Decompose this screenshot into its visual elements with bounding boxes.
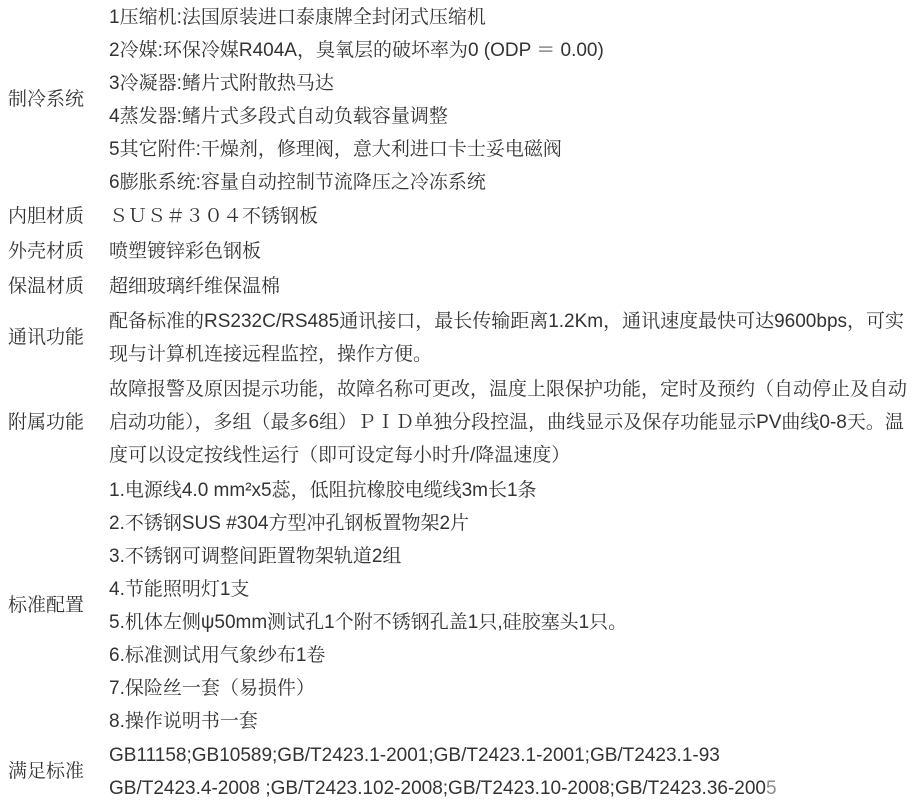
spec-row-auxiliary-function: 附属功能 故障报警及原因提示功能，故障名称可更改，温度上限保护功能，定时及预约（… [0,372,918,473]
spec-line: 超细玻璃纤维保温棉 [109,270,910,303]
product-spec-table: 制冷系统 1压缩机:法国原装进口泰康牌全封闭式压缩机 2冷媒:环保冷媒R404A… [0,0,918,805]
spec-line: 5其它附件:干燥剂，修理阀，意大利进口卡士妥电磁阀 [109,133,910,166]
row-content: 超细玻璃纤维保温棉 [109,270,918,303]
row-label: 制冷系统 [0,88,109,112]
row-content: 1.电源线4.0 mm²x5蕊，低阻抗橡胶电缆线3m长1条 2.不锈钢SUS #… [109,474,918,738]
spec-line: GB/T2423.4-2008 ;GB/T2423.102-2008;GB/T2… [109,772,910,805]
spec-paragraph: 配备标准的RS232C/RS485通讯接口，最长传输距离1.2Km，通讯速度最快… [109,305,910,371]
row-label: 外壳材质 [0,240,109,264]
row-content: ＳＵＳ＃３０４不锈钢板 [109,200,918,233]
spec-line: 喷塑镀锌彩色钢板 [109,235,910,268]
spec-line: 8.操作说明书一套 [109,705,910,738]
spec-line: ＳＵＳ＃３０４不锈钢板 [109,200,910,233]
spec-line-text: GB/T2423.4-2008 ;GB/T2423.102-2008;GB/T2… [109,778,766,799]
spec-row-refrigeration-system: 制冷系统 1压缩机:法国原装进口泰康牌全封闭式压缩机 2冷媒:环保冷媒R404A… [0,0,918,199]
row-label: 保温材质 [0,275,109,299]
row-label: 通讯功能 [0,326,109,350]
spec-row-liner-material: 内胆材质 ＳＵＳ＃３０４不锈钢板 [0,199,918,234]
row-content: 故障报警及原因提示功能，故障名称可更改，温度上限保护功能，定时及预约（自动停止及… [109,373,918,472]
row-content: 喷塑镀锌彩色钢板 [109,235,918,268]
spec-line: 3冷凝器:鳍片式附散热马达 [109,67,910,100]
spec-line: 6膨胀系统:容量自动控制节流降压之冷冻系统 [109,166,910,199]
row-label: 附属功能 [0,411,109,435]
spec-line: GB11158;GB10589;GB/T2423.1-2001;GB/T2423… [109,739,910,772]
spec-row-standards-met: 满足标准 GB11158;GB10589;GB/T2423.1-2001;GB/… [0,739,918,805]
spec-row-communication-function: 通讯功能 配备标准的RS232C/RS485通讯接口，最长传输距离1.2Km，通… [0,304,918,372]
spec-row-shell-material: 外壳材质 喷塑镀锌彩色钢板 [0,234,918,269]
row-content: 配备标准的RS232C/RS485通讯接口，最长传输距离1.2Km，通讯速度最快… [109,305,918,371]
spec-line: 6.标准测试用气象纱布1卷 [109,639,910,672]
row-label: 标准配置 [0,594,109,618]
spec-paragraph: 故障报警及原因提示功能，故障名称可更改，温度上限保护功能，定时及预约（自动停止及… [109,373,910,472]
spec-line: 4.节能照明灯1支 [109,573,910,606]
row-label: 内胆材质 [0,205,109,229]
row-content: GB11158;GB10589;GB/T2423.1-2001;GB/T2423… [109,739,918,805]
spec-line: 2.不锈钢SUS #304方型冲孔钢板置物架2片 [109,507,910,540]
spec-line: 2冷媒:环保冷媒R404A，臭氧层的破坏率为0 (ODP ＝ 0.00) [109,34,910,67]
spec-line: 1压缩机:法国原装进口泰康牌全封闭式压缩机 [109,1,910,34]
spec-line: 7.保险丝一套（易损件） [109,672,910,705]
spec-line-faded-digit: 5 [766,778,777,799]
spec-line: 4蒸发器:鳍片式多段式自动负载容量调整 [109,100,910,133]
row-label: 满足标准 [0,760,109,784]
row-content: 1压缩机:法国原装进口泰康牌全封闭式压缩机 2冷媒:环保冷媒R404A，臭氧层的… [109,1,918,199]
spec-line: 5.机体左侧ψ50mm测试孔1个附不锈钢孔盖1只,硅胶塞头1只。 [109,606,910,639]
spec-row-insulation-material: 保温材质 超细玻璃纤维保温棉 [0,269,918,304]
spec-line: 3.不锈钢可调整间距置物架轨道2组 [109,540,910,573]
spec-line: 1.电源线4.0 mm²x5蕊，低阻抗橡胶电缆线3m长1条 [109,474,910,507]
spec-row-standard-configuration: 标准配置 1.电源线4.0 mm²x5蕊，低阻抗橡胶电缆线3m长1条 2.不锈钢… [0,473,918,739]
